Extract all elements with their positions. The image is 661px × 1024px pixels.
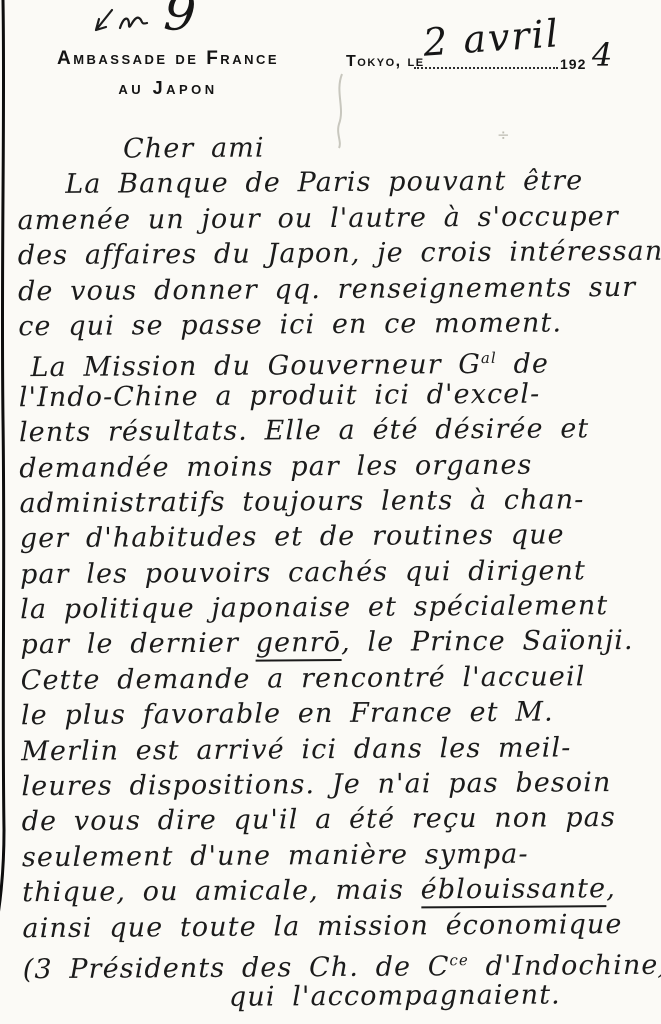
handwritten-line: (3 Présidents des Ch. de Cce d'Indochine… [23,942,659,982]
handwritten-line: La Mission du Gouverneur Gal de [18,340,654,380]
printed-place-label: Tokyo, le [346,53,425,71]
line-text: , [606,873,616,904]
handwritten-line: de vous dire qu'il a été reçu non pas [22,800,658,840]
handwritten-line: leures dispositions. Je n'ai pas besoin [21,765,657,805]
handwritten-line: administratifs toujours lents à chan- [19,482,655,522]
letterhead-line2: au Japon [36,78,300,99]
printed-year-prefix: 192 [560,56,586,72]
handwritten-line: par les pouvoirs cachés qui dirigent [20,552,656,592]
handwritten-page-number: 9 [162,0,198,43]
handwritten-line: des affaires du Japon, je crois intéress… [18,234,654,274]
handwritten-line: ger d'habitudes et de routines que [20,517,656,557]
line-text: d'Indochine) [469,950,661,982]
scan-edge-artifact [0,0,12,930]
letterhead: Ambassade de France au Japon [36,48,300,99]
handwritten-line: demandée moins par les organes [19,446,655,486]
line-text: , le Prince Saïonji. [341,625,634,658]
handwritten-line: la politique japonaise et spécialement [20,588,656,628]
underlined-word: éblouissante [421,873,607,908]
handwritten-line: La Banque de Paris pouvant être [17,163,653,203]
scanned-letter-page: 9 Ambassade de France au Japon Tokyo, le… [0,0,661,1024]
handwritten-line: l'Indo-Chine a produit ici d'excel- [19,376,655,416]
handwritten-scribble [86,2,158,44]
letter-body: Cher ami La Banque de Paris pouvant être… [17,128,659,1017]
handwritten-year-digit: 4 [592,36,612,74]
superscript-abbreviation: ce [449,951,468,969]
handwritten-line: seulement d'une manière sympa- [22,836,658,876]
handwritten-line: lents résultats. Elle a été désirée et [19,411,655,451]
handwritten-line: ainsi que toute la mission économique [22,906,658,946]
underlined-word: genrō [256,627,342,662]
salutation-line: Cher ami [17,128,653,168]
letterhead-line1: Ambassade de France [36,48,300,70]
superscript-abbreviation: al [481,349,497,367]
handwritten-line: ce qui se passe ici en ce moment. [18,305,654,345]
handwritten-line: thique, ou amicale, mais éblouissante, [22,871,658,911]
line-text: par le dernier [20,628,255,661]
handwritten-line: le plus favorable en France et M. [21,694,657,734]
line-text: thique, ou amicale, mais [22,875,421,909]
handwritten-line: Cette demande a rencontré l'accueil [21,659,657,699]
line-text: de [497,349,549,380]
handwritten-line: Merlin est arrivé ici dans les meil- [21,729,657,769]
handwritten-line: amenée un jour ou l'autre à s'occuper [17,199,653,239]
handwritten-line: de vous donner qq. renseignements sur [18,269,654,309]
handwritten-line: par le dernier genrō, le Prince Saïonji. [20,623,656,663]
